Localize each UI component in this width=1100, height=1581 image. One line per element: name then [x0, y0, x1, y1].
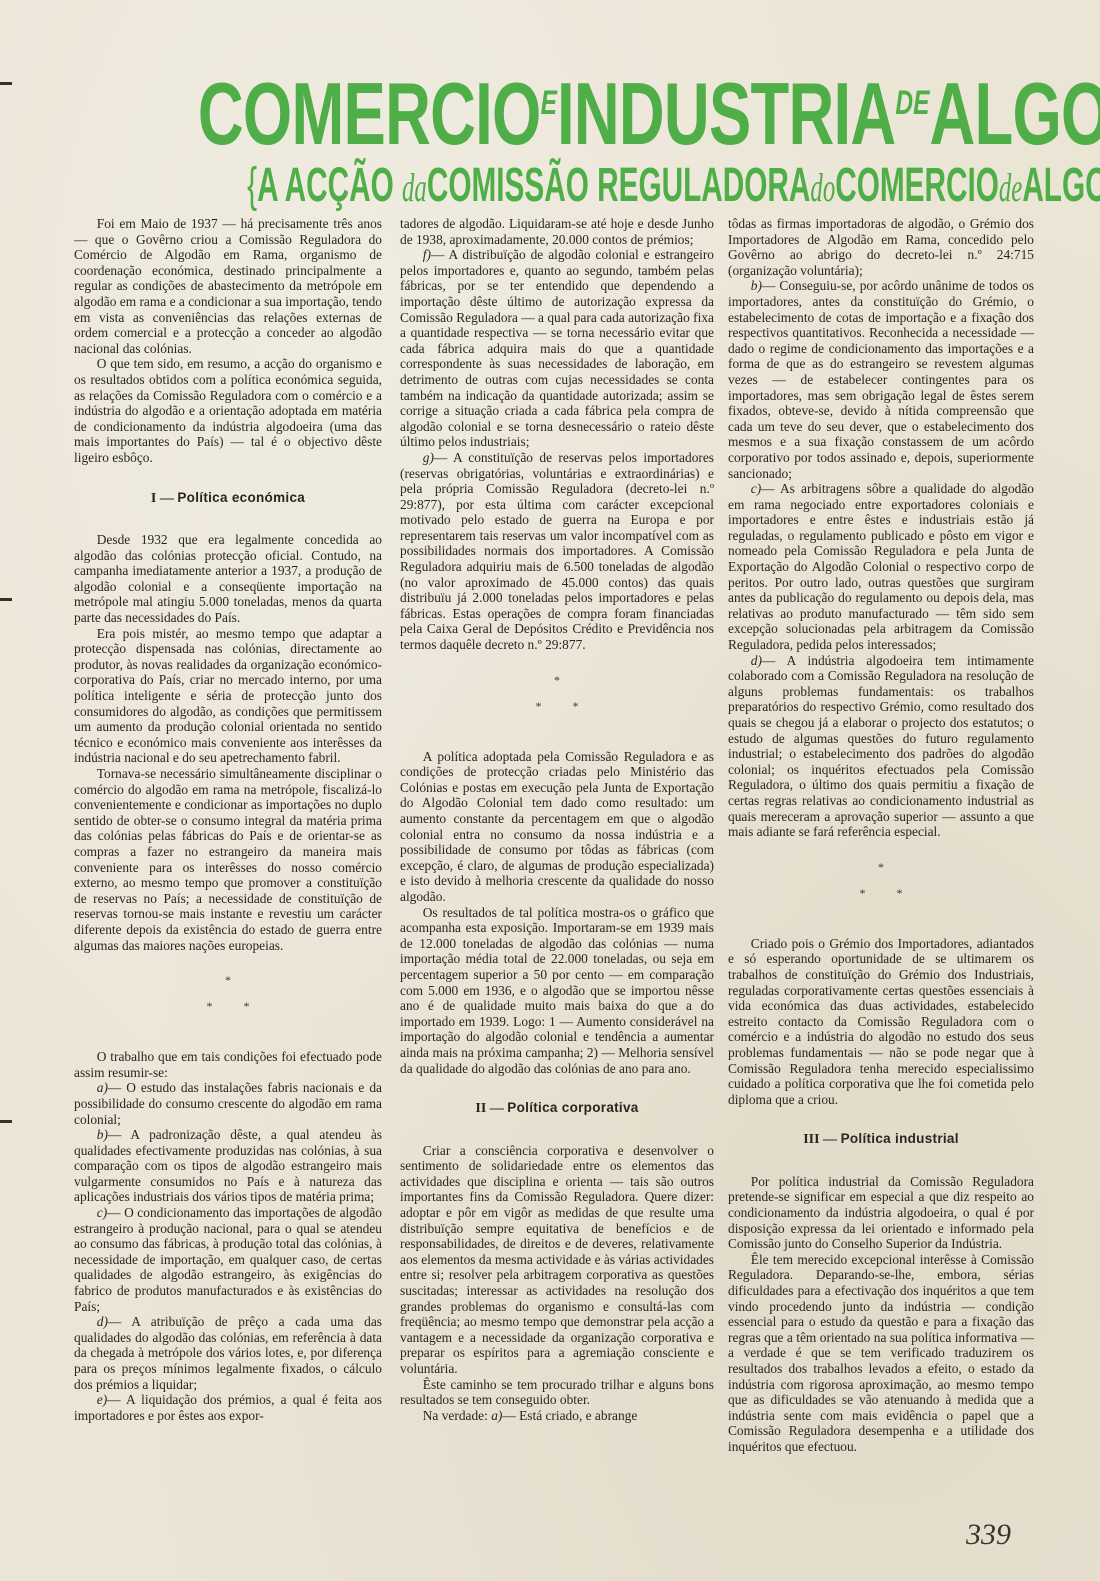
paragraph: tôdas as firmas importadoras de algodão,… [728, 216, 1034, 278]
item-text: — A distribuïção de algodão colonial e e… [400, 247, 714, 449]
paragraph: Era pois mistér, ao mesmo tempo que adap… [74, 626, 382, 766]
asterisk-icon: * * [400, 693, 714, 719]
section-heading-industrial: III — Política industrial [728, 1131, 1034, 1148]
item-label: a) [97, 1080, 108, 1095]
paragraph: A política adoptada pela Comissão Regula… [400, 749, 714, 905]
paragraph: Desde 1932 que era legalmente concedida … [74, 532, 382, 626]
asterism-divider: * * * [728, 854, 1034, 906]
paragraph: O que tem sido, em resumo, a acção do or… [74, 356, 382, 465]
title-connector: E [541, 84, 557, 122]
asterism-divider: * * * [400, 667, 714, 719]
article-header: COMERCIOEINDUSTRIADEALGODÃO {A ACÇÃO daC… [60, 60, 1045, 213]
paragraph: tadores de algodão. Liquidaram-se até ho… [400, 216, 714, 247]
list-item-f: f)— A distribuïção de algodão colonial e… [400, 247, 714, 450]
paragraph: Tornava-se necessário simultâneamente di… [74, 766, 382, 953]
paragraph: Criar a consciência corporativa e desenv… [400, 1143, 714, 1377]
title-word: ALGODÃO [929, 64, 1100, 163]
item-label: b) [751, 278, 762, 293]
list-item-a: a)— O estudo das instalações fabris naci… [74, 1080, 382, 1127]
item-label: d) [97, 1314, 108, 1329]
section-heading-economica: I — Política económica [74, 490, 382, 507]
item-text: — A liquidação dos prémios, a qual é fei… [74, 1392, 382, 1423]
section-title: Política corporativa [507, 1100, 638, 1115]
asterisk-icon: * [74, 967, 382, 993]
item-label: b) [97, 1127, 108, 1142]
title-word: INDUSTRIA [557, 64, 895, 163]
item-label: g) [423, 450, 434, 465]
item-label: c) [751, 481, 761, 496]
binding-mark [0, 1120, 12, 1123]
list-item-c: c)— As arbitragens sôbre a qualidade do … [728, 481, 1034, 653]
column-2: tadores de algodão. Liquidaram-se até ho… [400, 216, 714, 1423]
section-heading-corporativa: II — Política corporativa [400, 1100, 714, 1117]
section-number: II — [475, 1101, 503, 1116]
section-number: I — [151, 491, 174, 506]
asterism-divider: * * * [74, 967, 382, 1019]
item-text: — A indústria algodoeira tem intimamente… [728, 653, 1034, 840]
item-text: — O estudo das instalações fabris nacion… [74, 1080, 382, 1126]
paragraph: Êste caminho se tem procurado trilhar e … [400, 1377, 714, 1408]
paragraph: Criado pois o Grémio dos Importadores, a… [728, 936, 1034, 1108]
subtitle-connector: de [999, 165, 1022, 210]
section-number: III — [803, 1132, 837, 1147]
list-item-d: d)— A indústria algodoeira tem intimamen… [728, 653, 1034, 840]
binding-mark [0, 82, 12, 85]
item-label: d) [751, 653, 762, 668]
item-text: — A constituïção de reservas pelos impor… [400, 450, 714, 652]
list-item-b: b)— Conseguiu-se, por acôrdo unânime de … [728, 278, 1034, 481]
list-item-e: e)— A liquidação dos prémios, a qual é f… [74, 1392, 382, 1423]
column-3: tôdas as firmas importadoras de algodão,… [728, 216, 1034, 1455]
asterisk-icon: * * [728, 880, 1034, 906]
brace-ornament-icon: { [247, 159, 257, 212]
item-text: — O condicionamento das importações de a… [74, 1205, 382, 1314]
item-text: — As arbitragens sôbre a qualidade do al… [728, 481, 1034, 652]
binding-mark [0, 598, 12, 601]
subtitle-word: COMERCIO [835, 159, 999, 212]
subtitle-word: COMISSÃO REGULADORA [427, 159, 811, 212]
subtitle-connector: da [402, 165, 427, 210]
item-text: — A atribuïção de prêço a cada uma das q… [74, 1314, 382, 1391]
list-item-g: g)— A constituïção de reservas pelos imp… [400, 450, 714, 653]
item-text: — Está criado, e abrange [502, 1408, 637, 1423]
article-subtitle: {A ACÇÃO daCOMISSÃO REGULADORAdoCOMERCIO… [247, 161, 858, 213]
section-title: Política económica [177, 490, 305, 505]
list-item-c: c)— O condicionamento das importações de… [74, 1205, 382, 1314]
asterisk-icon: * [728, 854, 1034, 880]
paragraph: Foi em Maio de 1937 — há precisamente tr… [74, 216, 382, 356]
item-text: — Conseguiu-se, por acôrdo unânime de to… [728, 278, 1034, 480]
list-item-b: b)— A padronização dêste, a qual atendeu… [74, 1127, 382, 1205]
subtitle-connector: do [810, 165, 835, 210]
page-number: 339 [966, 1518, 1011, 1552]
subtitle-word: A ACÇÃO [257, 159, 394, 212]
paragraph: Por política industrial da Comissão Regu… [728, 1174, 1034, 1252]
article-title: COMERCIOEINDUSTRIADEALGODÃO [198, 60, 907, 157]
column-1: Foi em Maio de 1937 — há precisamente tr… [74, 216, 382, 1423]
item-label: a) [491, 1408, 502, 1423]
paragraph: Na verdade: a)— Está criado, e abrange [400, 1408, 714, 1424]
section-title: Política industrial [841, 1131, 959, 1146]
asterisk-icon: * [400, 667, 714, 693]
item-text: — A padronização dêste, a qual atendeu à… [74, 1127, 382, 1204]
paragraph: O trabalho que em tais condições foi efe… [74, 1049, 382, 1080]
item-label: e) [97, 1392, 107, 1407]
lead-text: Na verdade: [423, 1408, 488, 1423]
item-label: f) [423, 247, 431, 262]
asterisk-icon: * * [74, 993, 382, 1019]
paragraph: Os resultados de tal política mostra-os … [400, 905, 714, 1077]
title-connector: DE [895, 84, 929, 122]
title-word: COMERCIO [198, 64, 541, 163]
list-item-d: d)— A atribuïção de prêço a cada uma das… [74, 1314, 382, 1392]
item-label: c) [97, 1205, 107, 1220]
subtitle-word: ALGODÃO [1022, 159, 1100, 212]
paragraph: Êle tem merecido excepcional interêsse à… [728, 1252, 1034, 1455]
article-body: Foi em Maio de 1937 — há precisamente tr… [74, 216, 1034, 1516]
